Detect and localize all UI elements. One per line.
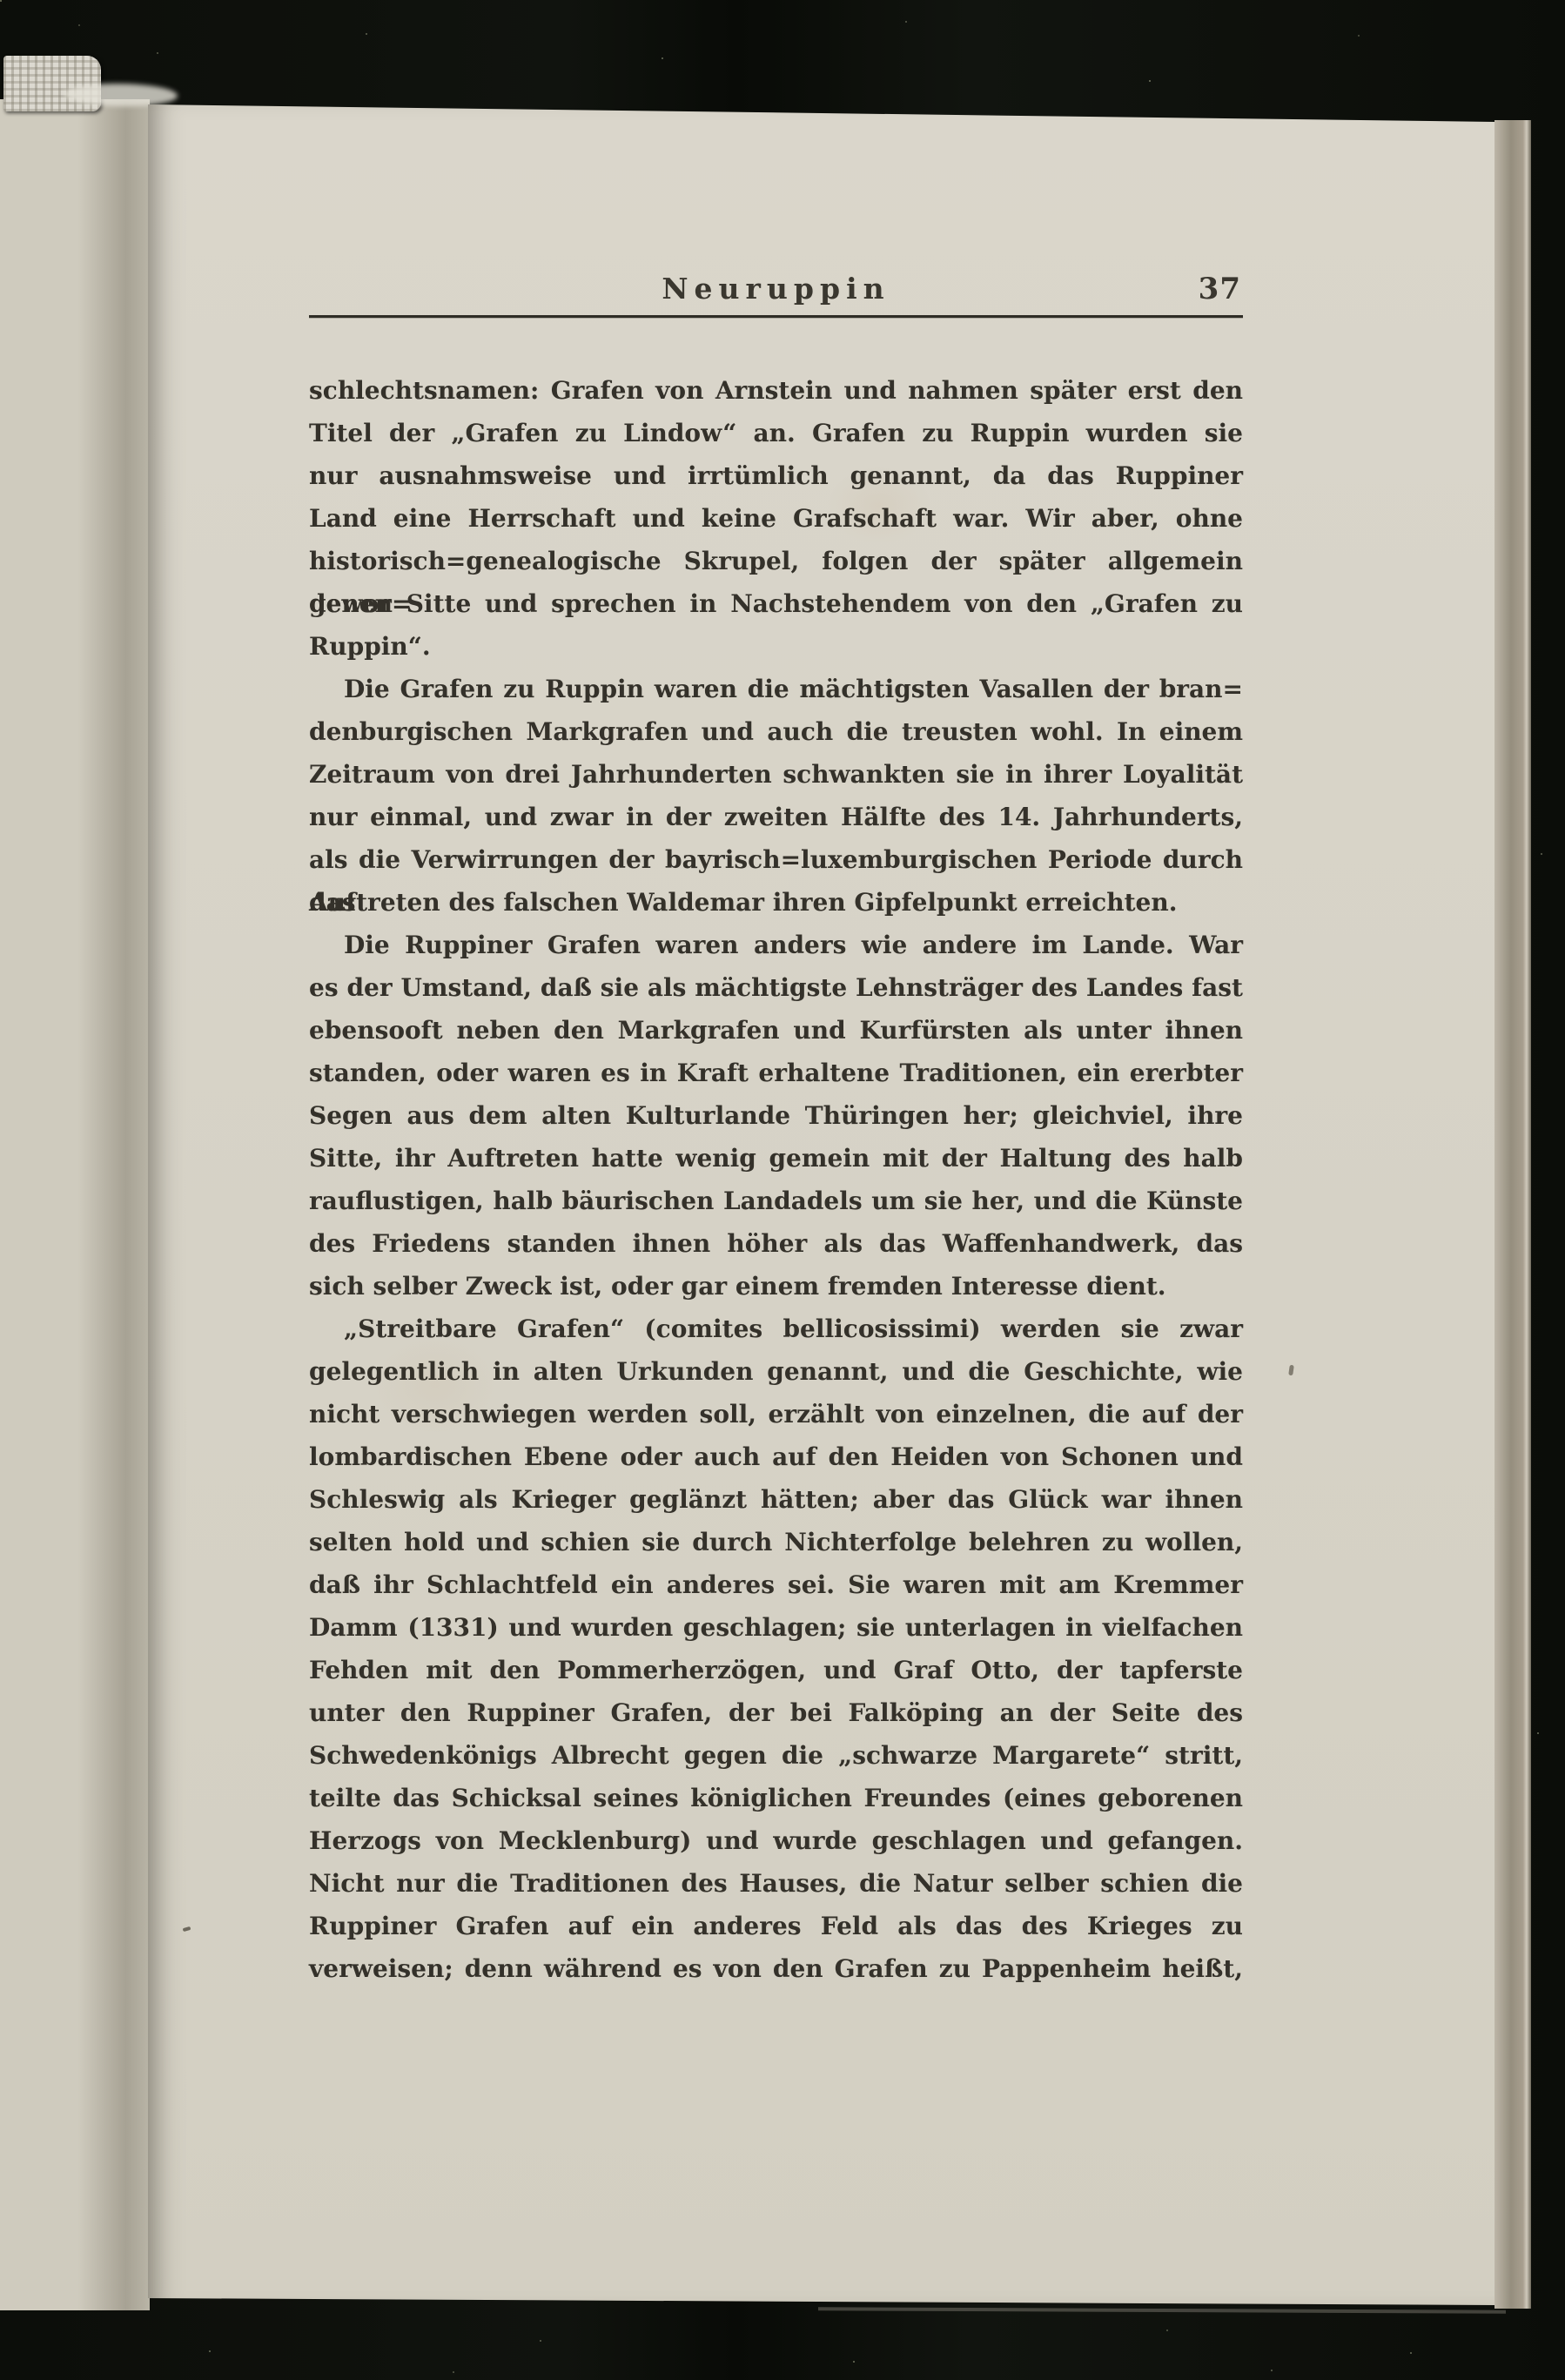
dust-specks <box>0 0 2 2</box>
text-line: Ruppiner Grafen auf ein anderes Feld als… <box>309 1905 1243 1947</box>
page-edge-stack <box>1494 120 1531 2309</box>
paragraph: schlechtsnamen: Grafen von Arnstein und … <box>309 369 1243 668</box>
text-line: selten hold und schien sie durch Nichter… <box>309 1521 1243 1563</box>
text-line: teilte das Schicksal seines königlichen … <box>309 1777 1243 1819</box>
text-line: unter den Ruppiner Grafen, der bei Falkö… <box>309 1691 1243 1734</box>
text-line: nicht verschwiegen werden soll, erzählt … <box>309 1393 1243 1435</box>
text-line: es der Umstand, daß sie als mächtigste L… <box>309 966 1243 1009</box>
text-line: des Friedens standen ihnen höher als das… <box>309 1222 1243 1265</box>
text-line: nur ausnahmsweise und irrtümlich genannt… <box>309 454 1243 497</box>
text-line: rauflustigen, halb bäurischen Landadels … <box>309 1180 1243 1222</box>
text-line: Fehden mit den Pommerherzögen, und Graf … <box>309 1649 1243 1691</box>
text-line: Zeitraum von drei Jahrhunderten schwankt… <box>309 753 1243 796</box>
text-line: historisch=genealogische Skrupel, folgen… <box>309 540 1243 582</box>
text-line: gelegentlich in alten Urkunden genannt, … <box>309 1350 1243 1393</box>
text-line: Land eine Herrschaft und keine Grafschaf… <box>309 497 1243 540</box>
facing-page-strip <box>0 99 150 2310</box>
text-line: Herzogs von Mecklenburg) und wurde gesch… <box>309 1819 1243 1862</box>
text-line: Nicht nur die Traditionen des Hauses, di… <box>309 1862 1243 1905</box>
text-line: schlechtsnamen: Grafen von Arnstein und … <box>309 369 1243 412</box>
text-line: denen Sitte und sprechen in Nachstehende… <box>309 582 1243 625</box>
running-head-title: Neuruppin <box>309 272 1243 306</box>
text-line: Auftreten des falschen Waldemar ihren Gi… <box>309 881 1243 924</box>
text-line: sich selber Zweck ist, oder gar einem fr… <box>309 1265 1243 1308</box>
text-line: Segen aus dem alten Kulturlande Thüringe… <box>309 1094 1243 1137</box>
text-line: Schleswig als Krieger geglänzt hätten; a… <box>309 1478 1243 1521</box>
bottom-page-edge-highlight <box>818 2307 1506 2313</box>
text-line: ebensooft neben den Markgrafen und Kurfü… <box>309 1009 1243 1052</box>
text-line: Schwedenkönigs Albrecht gegen die „schwa… <box>309 1734 1243 1777</box>
book-photo: Neuruppin 37 schlechtsnamen: Grafen von … <box>0 0 1565 2380</box>
text-line: Titel der „Grafen zu Lindow“ an. Grafen … <box>309 412 1243 454</box>
text-line: verweisen; denn während es von den Grafe… <box>309 1947 1243 1990</box>
text-line: Die Ruppiner Grafen waren anders wie and… <box>309 924 1243 966</box>
page-number: 37 <box>1199 272 1241 306</box>
header-rule <box>309 315 1243 318</box>
text-line: nur einmal, und zwar in der zweiten Hälf… <box>309 796 1243 838</box>
text-line: Ruppin“. <box>309 625 1243 668</box>
text-line: Sitte, ihr Auftreten hatte wenig gemein … <box>309 1137 1243 1180</box>
text-line: als die Verwirrungen der bayrisch=luxemb… <box>309 838 1243 881</box>
paragraph: Die Ruppiner Grafen waren anders wie and… <box>309 924 1243 1308</box>
body-text: schlechtsnamen: Grafen von Arnstein und … <box>309 369 1243 1990</box>
text-line: Damm (1331) und wurden geschlagen; sie u… <box>309 1606 1243 1649</box>
text-line: „Streitbare Grafen“ (comites bellicosiss… <box>309 1308 1243 1350</box>
running-head: Neuruppin 37 <box>309 272 1243 312</box>
text-line: daß ihr Schlachtfeld ein anderes sei. Si… <box>309 1563 1243 1606</box>
text-line: denburgischen Markgrafen und auch die tr… <box>309 710 1243 753</box>
text-line: Die Grafen zu Ruppin waren die mächtigst… <box>309 668 1243 710</box>
text-line: standen, oder waren es in Kraft erhalten… <box>309 1052 1243 1094</box>
book-page: Neuruppin 37 schlechtsnamen: Grafen von … <box>148 101 1494 2310</box>
paragraph: Die Grafen zu Ruppin waren die mächtigst… <box>309 668 1243 924</box>
text-line: lombardischen Ebene oder auch auf den He… <box>309 1435 1243 1478</box>
paragraph: „Streitbare Grafen“ (comites bellicosiss… <box>309 1308 1243 1990</box>
